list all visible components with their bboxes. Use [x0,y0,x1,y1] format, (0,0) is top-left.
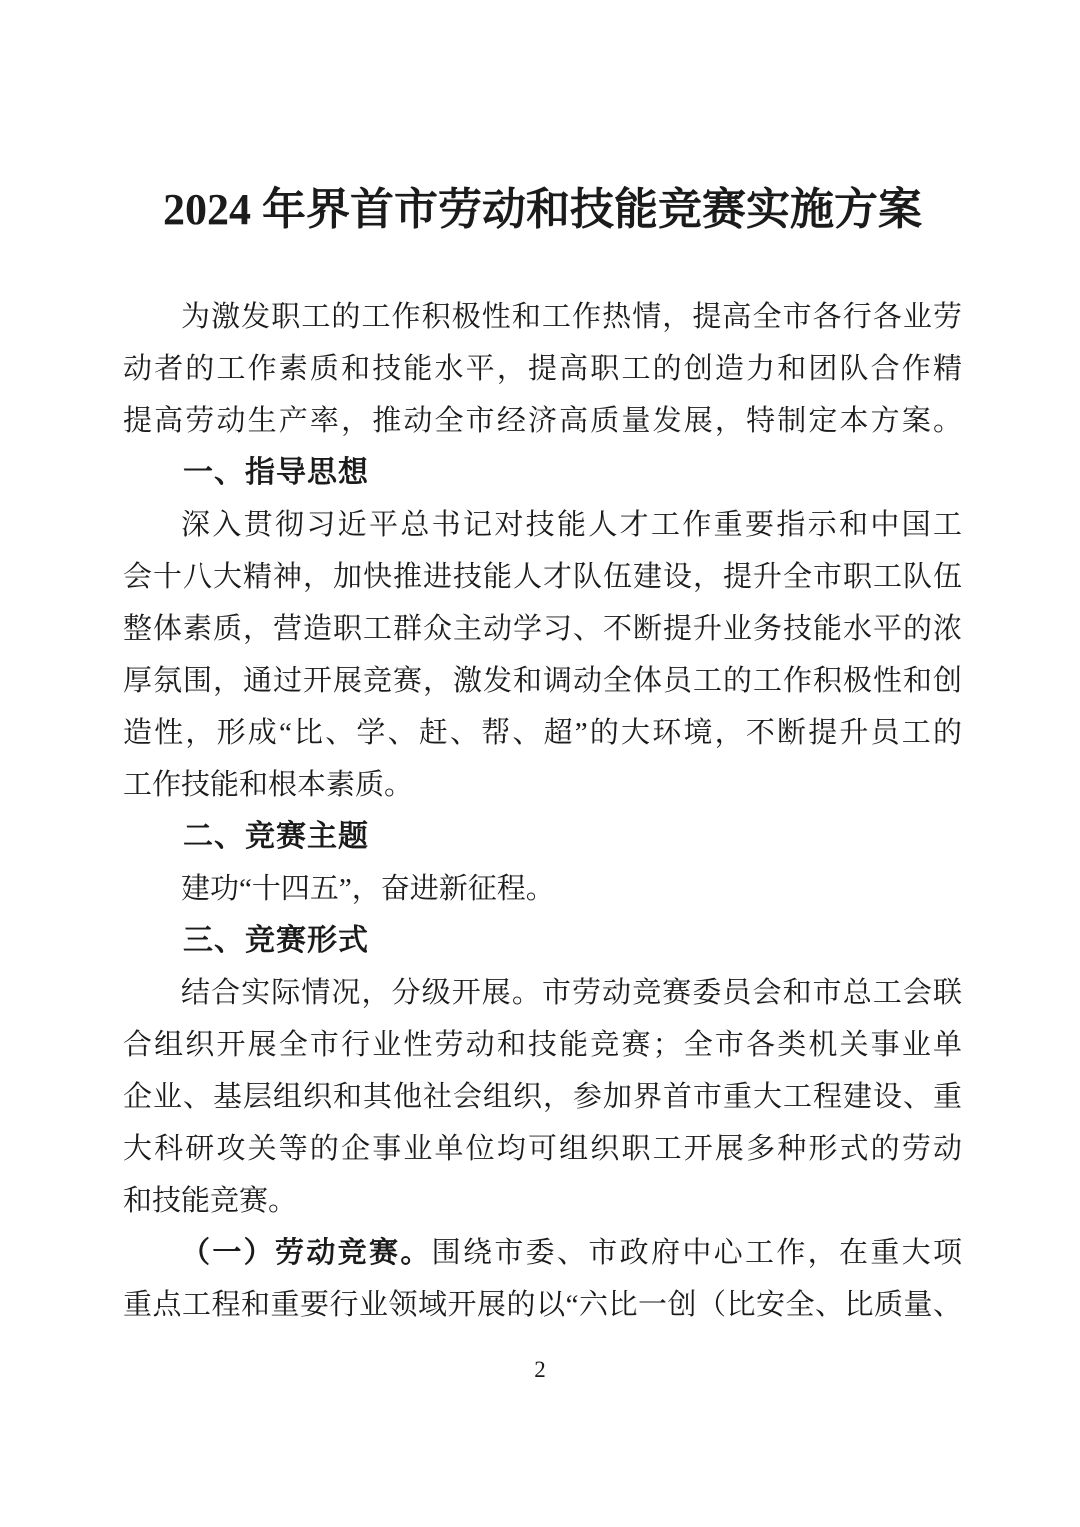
section-heading-guiding-ideology: 一、指导思想 [123,447,962,499]
body-text-line: 建功“十四五”，奋进新征程。 [123,863,962,915]
body-text-line: 重点工程和重要行业领域开展的以“六比一创（比安全、比质量、 [123,1279,962,1331]
body-text-line: 整体素质，营造职工群众主动学习、不断提升业务技能水平的浓 [123,603,962,655]
body-text-line: 合组织开展全市行业性劳动和技能竞赛；全市各类机关事业单位、 [123,1019,962,1071]
body-text-line: 深入贯彻习近平总书记对技能人才工作重要指示和中国工 [123,499,962,551]
document-title: 2024 年界首市劳动和技能竞赛实施方案 [123,180,962,240]
body-text-line: 动者的工作素质和技能水平，提高职工的创造力和团队合作精神， [123,343,962,395]
body-text-line: 和技能竞赛。 [123,1175,962,1227]
body-text-line: 企业、基层组织和其他社会组织，参加界首市重大工程建设、重 [123,1071,962,1123]
body-text-line: 大科研攻关等的企事业单位均可组织职工开展多种形式的劳动 [123,1123,962,1175]
body-text-line: 会十八大精神，加快推进技能人才队伍建设，提升全市职工队伍 [123,551,962,603]
body-text-line: 工作技能和根本素质。 [123,759,962,811]
body-text-line-labor-competition: （一）劳动竞赛。围绕市委、市政府中心工作，在重大项目、 [123,1227,962,1279]
page-number: 2 [0,1355,1080,1385]
body-text-line: 提高劳动生产率，推动全市经济高质量发展，特制定本方案。 [123,395,962,447]
body-text-line: 造性，形成“比、学、赶、帮、超”的大环境，不断提升员工的 [123,707,962,759]
document-content: 2024 年界首市劳动和技能竞赛实施方案 为激发职工的工作积极性和工作热情，提高… [123,180,962,1331]
document-page: 2024 年界首市劳动和技能竞赛实施方案 为激发职工的工作积极性和工作热情，提高… [0,0,1080,1527]
section-heading-competition-format: 三、竞赛形式 [123,915,962,967]
labor-competition-lead-label: （一）劳动竞赛。 [181,1237,432,1269]
body-text-line: 结合实际情况，分级开展。市劳动竞赛委员会和市总工会联 [123,967,962,1019]
body-text-line: 为激发职工的工作积极性和工作热情，提高全市各行各业劳 [123,291,962,343]
body-text-line: 厚氛围，通过开展竞赛，激发和调动全体员工的工作积极性和创 [123,655,962,707]
section-heading-competition-theme: 二、竞赛主题 [123,811,962,863]
